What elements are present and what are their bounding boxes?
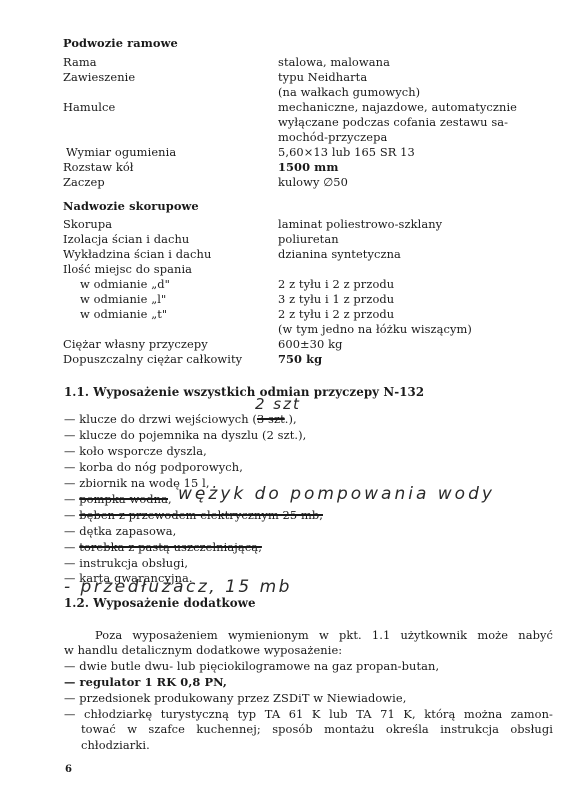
spec-label: Wykładzina ścian i dachu (63, 247, 211, 262)
list-item: — bęben z przewodem elektrycznym 25 mb, (64, 508, 323, 523)
page-number: 6 (65, 762, 72, 777)
item-text: — (64, 492, 79, 506)
section-heading-body: Nadwozie skorupowe (63, 199, 199, 214)
paragraph-line: Poza wyposażeniem wymienionym w pkt. 1.1… (95, 628, 553, 643)
spec-value: typu Neidharta (278, 70, 367, 85)
spec-label: Rozstaw kół (63, 160, 134, 175)
spec-value: 2 z tyłu i 2 z przodu (278, 277, 394, 292)
spec-value: dzianina syntetyczna (278, 247, 401, 262)
spec-label: w odmianie „l" (80, 292, 166, 307)
handwritten-note: wężyk do pompowania wody (178, 484, 495, 504)
spec-label: Rama (63, 55, 97, 70)
spec-value: stalowa, malowana (278, 55, 390, 70)
list-item: — chłodziarkę turystyczną typ TA 61 K lu… (64, 707, 553, 722)
struck-text: torebka z pastą uszczelniającą, (79, 540, 262, 554)
list-item: — regulator 1 RK 0,8 PN, (64, 675, 227, 690)
spec-value: (na wałkach gumowych) (278, 85, 420, 100)
list-item: — korba do nóg podporowych, (64, 460, 243, 475)
spec-value: laminat poliestrowo-szklany (278, 217, 442, 232)
section-heading-12: 1.2. Wyposażenie dodatkowe (64, 596, 256, 611)
spec-label: Zawieszenie (63, 70, 135, 85)
spec-label: Ilość miejsc do spania (63, 262, 192, 277)
section-heading-11: 1.1. Wyposażenie wszystkich odmian przyc… (64, 385, 424, 400)
list-item: — pompka wodna, (64, 492, 172, 507)
item-text: — (64, 508, 79, 522)
list-item: — instrukcja obsługi, (64, 556, 188, 571)
spec-value: 5,60×13 lub 165 SR 13 (278, 145, 415, 160)
spec-value: (w tym jedno na łóżku wiszącym) (278, 322, 472, 337)
spec-label: Ciężar własny przyczepy (63, 337, 208, 352)
spec-value: wyłączane podczas cofania zestawu sa- (278, 115, 508, 130)
list-item-continuation: tować w szafce kuchennej; sposób montażu… (81, 722, 553, 737)
struck-text: 3 szt (257, 412, 285, 426)
list-item: — klucze do drzwi wejściowych (3 szt.), (64, 412, 297, 427)
struck-text: bęben z przewodem elektrycznym 25 mb, (79, 508, 323, 522)
section-heading-chassis: Podwozie ramowe (63, 36, 178, 51)
spec-value: 2 z tyłu i 2 z przodu (278, 307, 394, 322)
item-text: , (168, 492, 172, 506)
spec-value: mochód-przyczepa (278, 130, 387, 145)
list-item: — torebka z pastą uszczelniającą, (64, 540, 262, 555)
list-item: — dętka zapasowa, (64, 524, 176, 539)
handwritten-addition: - przedłużacz, 15 mb (64, 577, 292, 597)
spec-value: kulowy ∅50 (278, 175, 348, 190)
handwritten-note: 2 szt (255, 395, 301, 413)
list-item: — dwie butle dwu- lub pięciokilogramowe … (64, 659, 439, 674)
spec-label: Wymiar ogumienia (66, 145, 176, 160)
list-item: — klucze do pojemnika na dyszlu (2 szt.)… (64, 428, 306, 443)
item-text: — (64, 540, 79, 554)
spec-label: Skorupa (63, 217, 112, 232)
spec-value: 3 z tyłu i 1 z przodu (278, 292, 394, 307)
paragraph-line: w handlu detalicznym dodatkowe wyposażen… (64, 643, 342, 658)
spec-label: w odmianie „d" (80, 277, 170, 292)
spec-label: Dopuszczalny ciężar całkowity (63, 352, 242, 367)
spec-value: 1500 mm (278, 160, 338, 175)
spec-value: 600±30 kg (278, 337, 343, 352)
spec-label: Zaczep (63, 175, 105, 190)
struck-text: pompka wodna (79, 492, 168, 506)
document-page: Podwozie ramowe Rama stalowa, malowana Z… (0, 0, 572, 800)
item-text: .), (285, 412, 297, 426)
item-text: — klucze do drzwi wejściowych ( (64, 412, 257, 426)
list-item-continuation: chłodziarki. (81, 738, 150, 753)
spec-value: mechaniczne, najazdowe, automatycznie (278, 100, 517, 115)
spec-label: w odmianie „t" (80, 307, 167, 322)
spec-label: Hamulce (63, 100, 115, 115)
list-item: — przedsionek produkowany przez ZSDiT w … (64, 691, 406, 706)
spec-value: poliuretan (278, 232, 339, 247)
list-item: — koło wsporcze dyszla, (64, 444, 207, 459)
spec-value: 750 kg (278, 352, 322, 367)
spec-label: Izolacja ścian i dachu (63, 232, 189, 247)
